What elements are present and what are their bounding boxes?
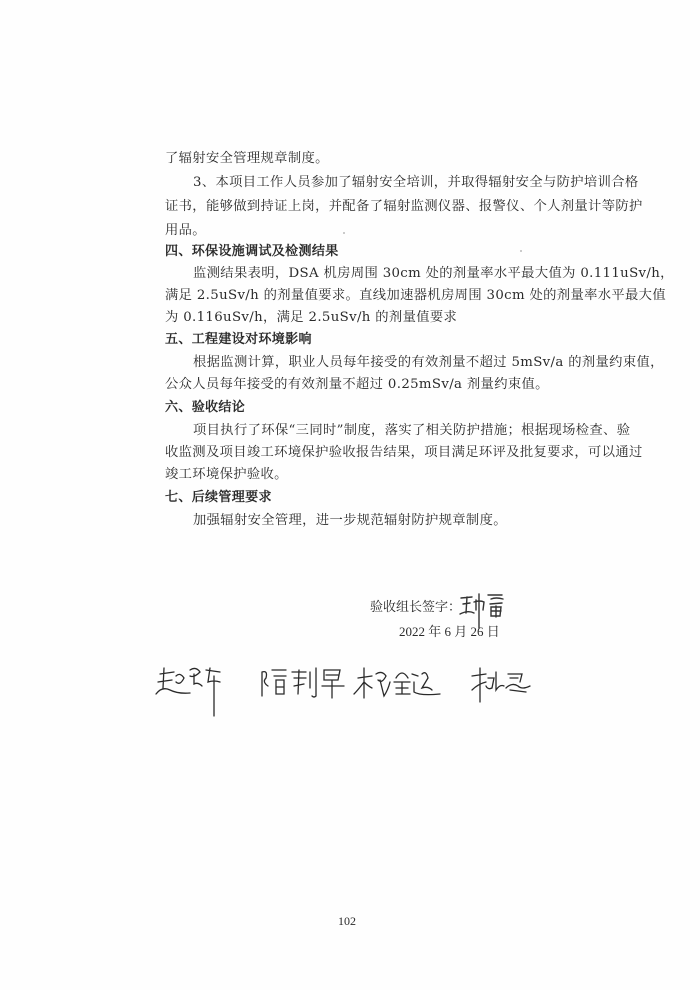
signature-date: 2022 年 6 月 26 日 [399, 621, 500, 640]
paragraph-line: 加强辐射安全管理，进一步规范辐射防护规章制度。 [193, 512, 507, 530]
scan-speck [520, 250, 522, 252]
section-heading-5: 五、工程建设对环境影响 [165, 331, 312, 349]
leader-signature-label: 验收组长签字： [370, 596, 461, 615]
paragraph-line: 3、本项目工作人员参加了辐射安全培训，并取得辐射安全与防护培训合格 [193, 174, 639, 192]
paragraph-line: 了辐射安全管理规章制度。 [165, 150, 329, 168]
paragraph-line: 证书，能够做到持证上岗，并配备了辐射监测仪器、报警仪、个人剂量计等防护 [165, 198, 643, 216]
scan-speck [343, 232, 345, 234]
page-number: 102 [338, 914, 356, 929]
paragraph-line: 竣工环境保护验收。 [165, 466, 288, 484]
section-heading-7: 七、后续管理要求 [165, 489, 272, 507]
paragraph-line: 监测结果表明，DSA 机房周围 30cm 处的剂量率水平最大值为 0.111uS… [193, 265, 674, 283]
paragraph-line: 用品。 [165, 222, 206, 240]
member-handwritten-signatures-icon [150, 660, 550, 720]
paragraph-line: 满足 2.5uSv/h 的剂量值要求。直线加速器机房周围 30cm 处的剂量率水… [165, 287, 666, 305]
section-heading-6: 六、验收结论 [165, 399, 245, 417]
paragraph-line: 根据监测计算，职业人员每年接受的有效剂量不超过 5mSv/a 的剂量约束值， [193, 354, 664, 372]
paragraph-line: 项目执行了环保“三同时”制度，落实了相关防护措施；根据现场检查、验 [193, 422, 630, 440]
document-page: 了辐射安全管理规章制度。 3、本项目工作人员参加了辐射安全培训，并取得辐射安全与… [0, 0, 700, 990]
paragraph-line: 收监测及项目竣工环境保护验收报告结果，项目满足环评及批复要求，可以通过 [165, 444, 643, 462]
section-heading-4: 四、环保设施调试及检测结果 [165, 243, 339, 261]
paragraph-line: 为 0.116uSv/h，满足 2.5uSv/h 的剂量值要求 [165, 309, 457, 327]
paragraph-line: 公众人员每年接受的有效剂量不超过 0.25mSv/a 剂量约束值。 [165, 376, 549, 394]
